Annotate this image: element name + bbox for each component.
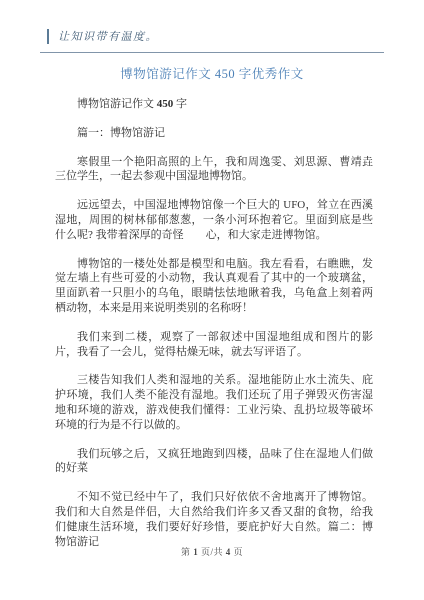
essay-paragraph: 不知不觉已经中午了，我们只好依依不舍地离开了博物馆。我们和大自然是伴侣，大自然给… xyxy=(55,490,373,549)
essay-paragraph: 远远望去，中国湿地博物馆像一个巨大的 UFO，耸立在西溪湿地，周围的树林郁郁葱葱… xyxy=(55,198,373,242)
header-divider-line xyxy=(40,52,384,53)
slogan-accent-bar xyxy=(47,29,49,44)
subtitle-text-after: 字 xyxy=(173,98,187,110)
section-heading: 篇一：博物馆游记 xyxy=(55,126,373,141)
footer-prefix: 第 xyxy=(181,547,193,557)
header-slogan: 让知识带有温度。 xyxy=(58,28,158,44)
essay-paragraph: 我们玩够之后，又疯狂地跑到四楼，品味了住在湿地人们做的好菜 xyxy=(55,447,373,477)
document-page: 让知识带有温度。 博物馆游记作文 450 字优秀作文 博物馆游记作文 450 字… xyxy=(0,0,424,600)
subtitle-word-count: 450 xyxy=(157,98,174,110)
essay-subtitle: 博物馆游记作文 450 字 xyxy=(55,97,373,112)
essay-body: 博物馆游记作文 450 字 篇一：博物馆游记 寒假里一个艳阳高照的上午，我和周逸… xyxy=(55,97,373,563)
essay-paragraph: 博物馆的一楼处处都是模型和电脑。我左看看，右瞧瞧，发觉左墙上有些可爱的小动物，我… xyxy=(55,257,373,316)
essay-paragraph: 三楼告知我们人类和湿地的关系。湿地能防止水土流失、庇护环境，我们人类不能没有湿地… xyxy=(55,373,373,432)
subtitle-text-before: 博物馆游记作文 xyxy=(77,98,157,110)
footer-middle: 页/共 xyxy=(198,547,226,557)
essay-paragraph: 我们来到二楼，观察了一部叙述中国湿地组成和图片的影片，我看了一会儿，觉得枯燥无味… xyxy=(55,330,373,360)
page-number-footer: 第 1 页/共 4 页 xyxy=(0,545,424,558)
footer-suffix: 页 xyxy=(231,547,243,557)
page-title: 博物馆游记作文 450 字优秀作文 xyxy=(0,64,424,82)
essay-paragraph: 寒假里一个艳阳高照的上午，我和周逸雯、刘思源、曹靖垚三位学生，一起去参观中国湿地… xyxy=(55,155,373,185)
